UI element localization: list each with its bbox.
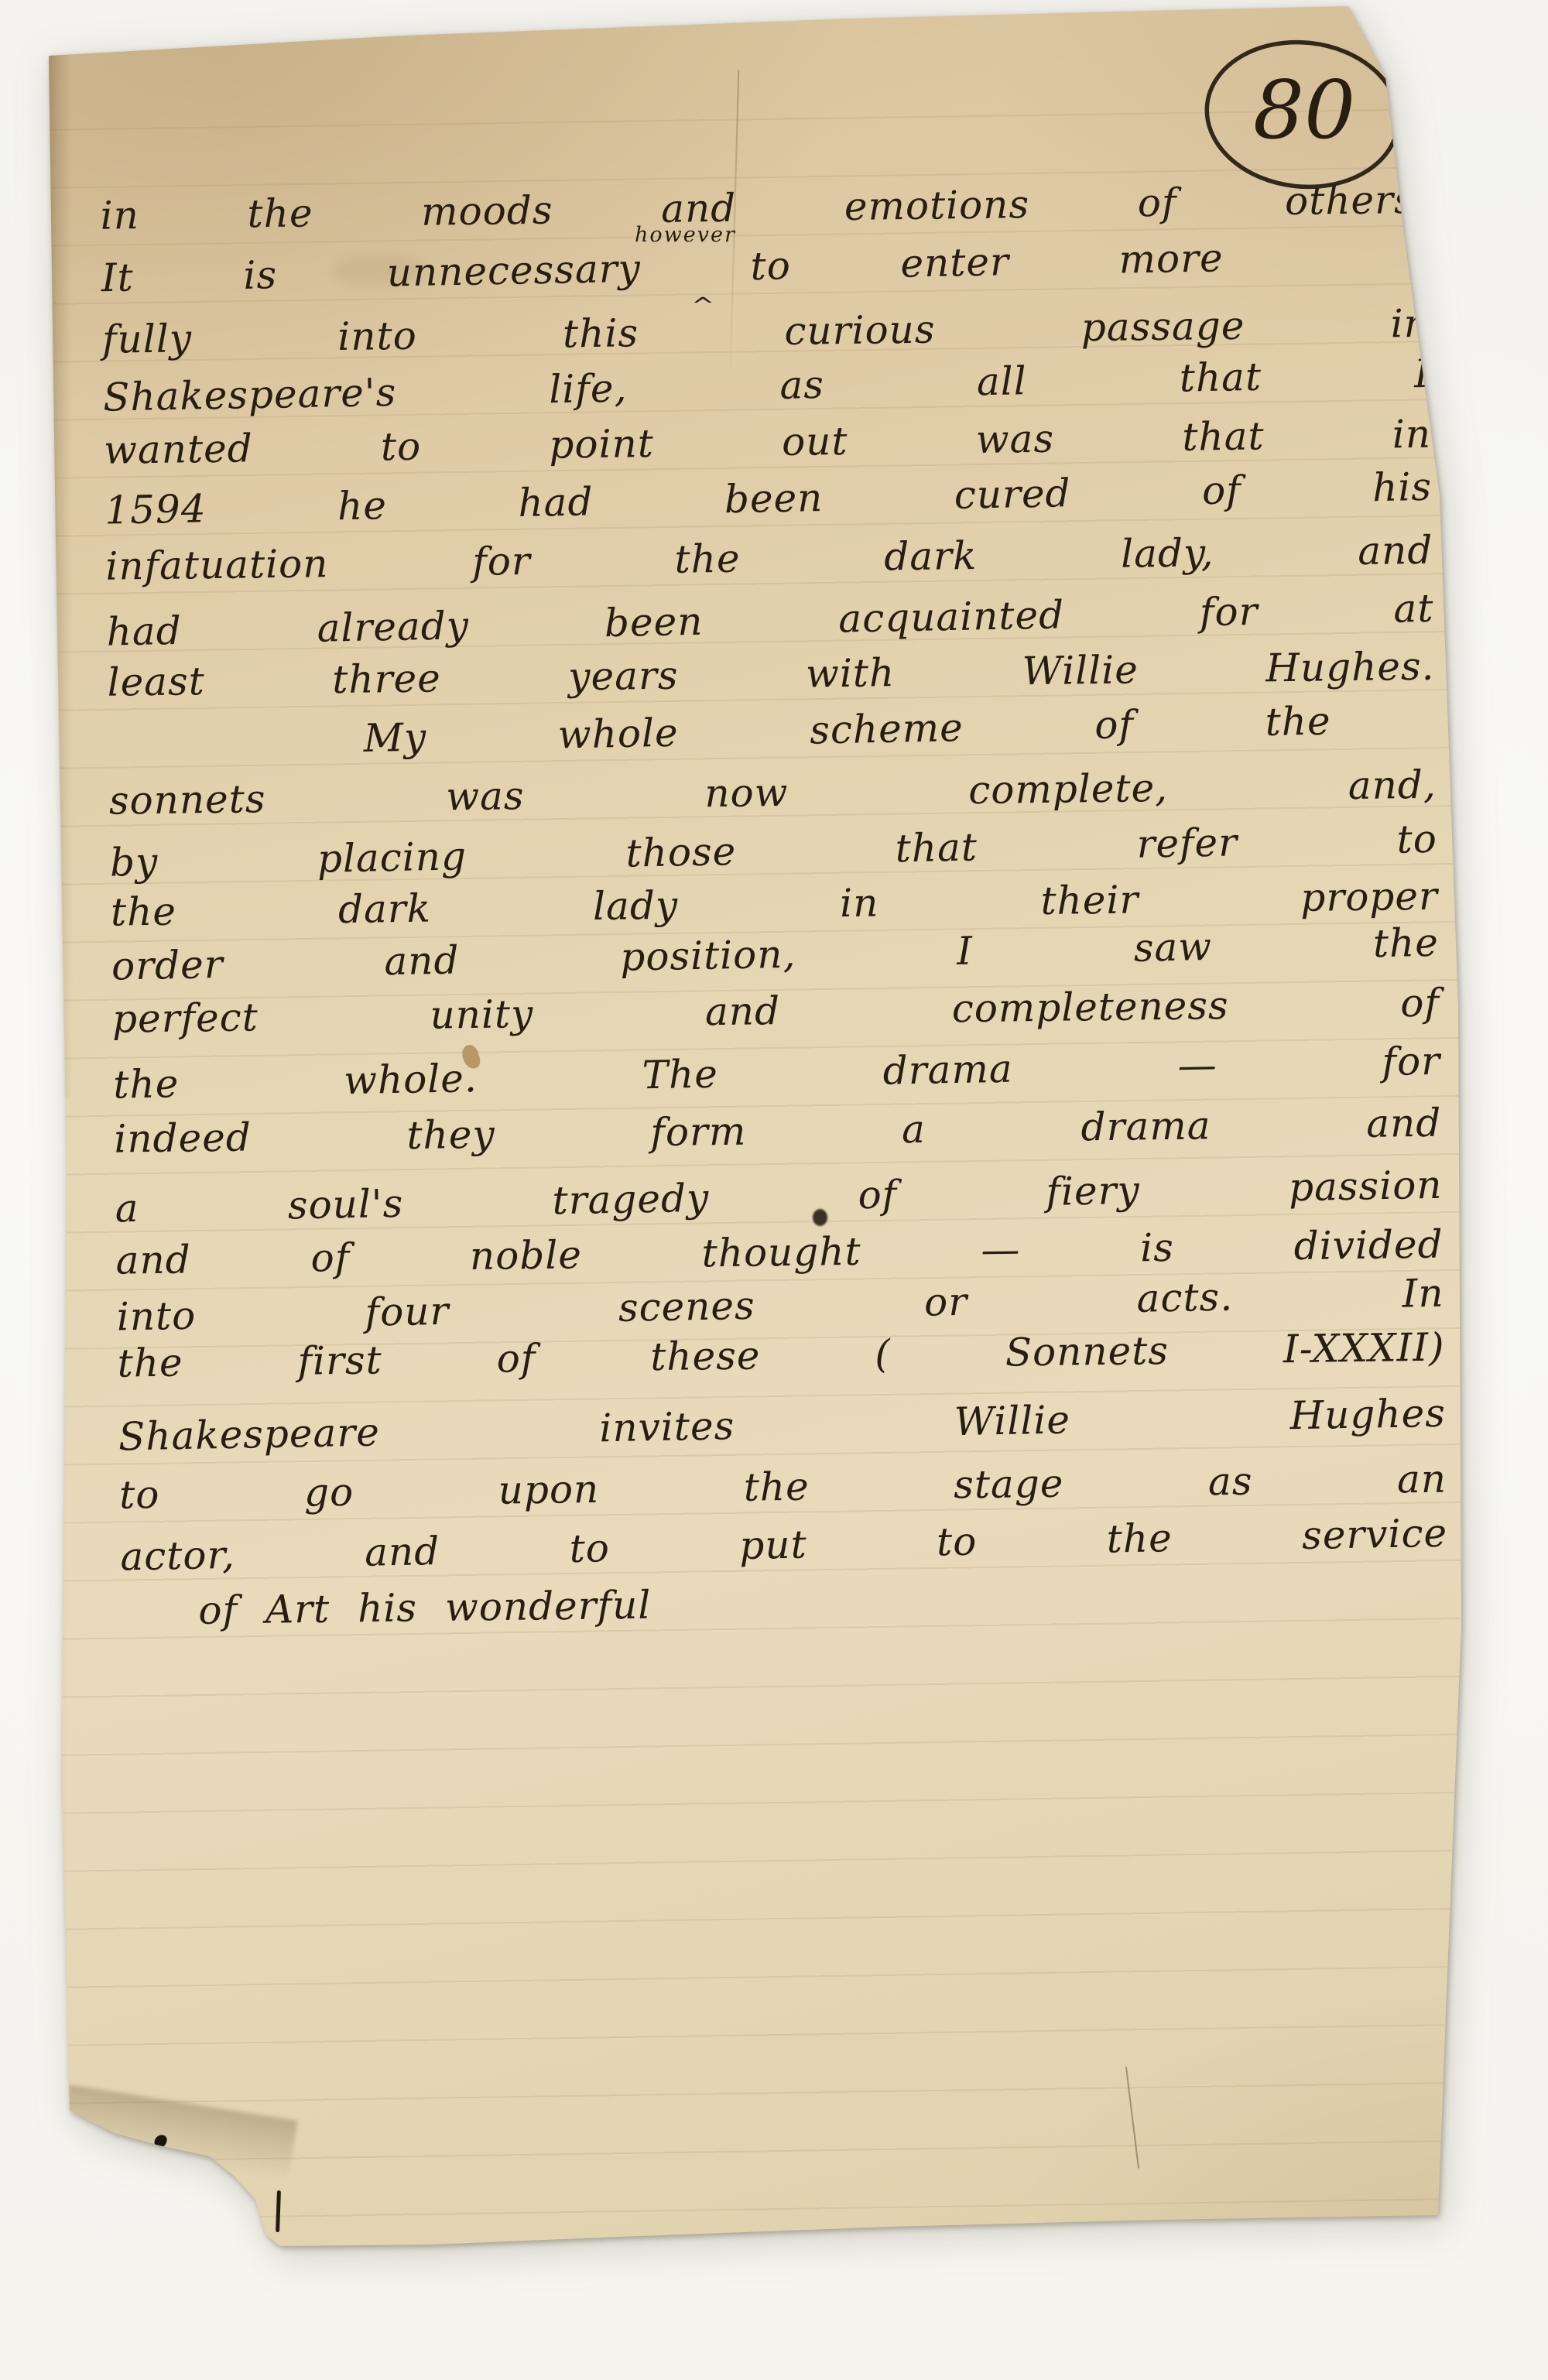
word: put: [739, 1518, 808, 1574]
word: the: [117, 1336, 183, 1391]
insertion-caret-icon: ^: [691, 293, 714, 317]
word: noble: [470, 1228, 583, 1283]
word: placing: [317, 829, 467, 885]
word: scenes: [618, 1279, 755, 1335]
word: emotions: [844, 177, 1029, 234]
word: and: [705, 984, 781, 1039]
word: the: [247, 186, 313, 241]
word: that: [895, 820, 978, 875]
word: completeness: [951, 978, 1229, 1036]
word: saw: [1133, 919, 1213, 975]
word: of: [310, 1231, 350, 1286]
word: order: [111, 937, 224, 994]
word: The: [642, 1047, 718, 1103]
word: of: [198, 1583, 238, 1638]
manuscript-page: 80 inthemoodsandemotionsofothers.Itisunn…: [0, 0, 1548, 2380]
manuscript-text: inthemoodsandemotionsofothers.Itisunnece…: [0, 0, 1548, 2380]
word: Willie: [1022, 642, 1139, 698]
word: and: [384, 933, 460, 989]
word: refer: [1136, 815, 1238, 871]
word: in: [840, 876, 879, 931]
word: perfect: [112, 990, 259, 1046]
word: wonderful: [445, 1578, 652, 1635]
word: wanted: [104, 421, 253, 477]
word: already: [317, 598, 470, 656]
manuscript-line: inthemoodsandemotionsofothers.: [100, 173, 1428, 243]
word: of: [1400, 976, 1440, 1031]
word: tragedy: [552, 1171, 710, 1228]
word: actor,: [120, 1528, 236, 1584]
word: Shakespeare: [118, 1405, 380, 1464]
word: been: [604, 594, 704, 650]
word: the: [1265, 694, 1331, 750]
word: complete,: [968, 761, 1169, 817]
word: Art: [265, 1582, 330, 1637]
word: was: [446, 769, 525, 824]
word: It: [101, 251, 134, 306]
word: for: [472, 534, 531, 589]
word: in: [100, 188, 139, 243]
word: drama: [1081, 1098, 1211, 1154]
paper-shadow-wrap: 80 inthemoodsandemotionsofothers.Itisunn…: [0, 0, 1548, 2380]
word: and: [1358, 523, 1433, 578]
word: this: [563, 306, 639, 361]
word: passion: [1288, 1158, 1443, 1215]
word: of: [1094, 697, 1135, 752]
word: enter: [900, 235, 1010, 291]
word: that: [1179, 350, 1262, 406]
word: curious: [784, 303, 936, 358]
word: the: [111, 885, 177, 940]
word: more: [1118, 231, 1224, 286]
word: In: [1402, 1266, 1444, 1321]
word: these: [650, 1328, 761, 1384]
word: acquainted: [838, 587, 1065, 646]
word: (: [875, 1327, 891, 1381]
word: upon: [498, 1462, 599, 1518]
word: infatuation: [105, 536, 329, 594]
word: whole: [557, 706, 679, 762]
word: at: [1393, 581, 1434, 636]
word: I: [957, 924, 974, 978]
word: is: [1140, 1221, 1175, 1276]
word: drama: [882, 1042, 1013, 1098]
word: been: [724, 471, 824, 526]
manuscript-line: ShakespeareinvitesWillieHughes: [118, 1386, 1446, 1464]
word: the: [743, 1460, 810, 1515]
word: the: [113, 1056, 180, 1112]
word: now: [704, 765, 789, 820]
word: to: [569, 1521, 610, 1576]
word: their: [1040, 872, 1139, 928]
word: —: [1177, 1038, 1218, 1093]
word: Shakespeare's: [103, 365, 397, 425]
word: of: [496, 1331, 536, 1386]
word: an: [1397, 1452, 1447, 1507]
word: acts.: [1136, 1270, 1234, 1326]
word: a: [902, 1102, 926, 1156]
word: for: [1382, 1034, 1441, 1089]
word: lady: [593, 878, 679, 933]
word: he: [337, 478, 387, 533]
word: by: [109, 834, 159, 889]
word: all: [976, 354, 1027, 409]
word: to: [381, 419, 422, 474]
word: passage: [1081, 299, 1245, 355]
word: whole.: [344, 1051, 478, 1108]
word: is: [243, 248, 278, 303]
word: fully: [102, 311, 193, 366]
word: moods: [421, 183, 553, 239]
word: divided: [1293, 1217, 1444, 1273]
word: stage: [954, 1457, 1064, 1512]
word: point: [549, 416, 654, 472]
word: the: [674, 532, 741, 587]
word: his: [358, 1580, 418, 1635]
word: was: [975, 412, 1054, 467]
word: invites: [599, 1399, 735, 1455]
word: thought: [701, 1224, 861, 1281]
word: three: [332, 651, 441, 707]
ink-blot-on-word: [813, 1209, 827, 1226]
torn-left-edge-lower: [45, 1068, 65, 2097]
word: first: [297, 1333, 382, 1388]
word: dark: [338, 882, 432, 937]
word: fiery: [1046, 1163, 1140, 1219]
word: and: [365, 1524, 440, 1580]
word: into: [337, 309, 417, 364]
word: and: [115, 1232, 191, 1287]
word: —: [981, 1222, 1021, 1277]
word: Hughes.: [1265, 639, 1435, 696]
word: his: [1372, 460, 1433, 515]
word: others.: [1285, 173, 1428, 228]
word: and: [1366, 1096, 1442, 1151]
insertion-word: however: [635, 223, 736, 247]
word: least: [107, 654, 205, 710]
word: 1594: [104, 481, 207, 537]
word: service: [1301, 1506, 1447, 1563]
word: the: [1372, 916, 1439, 971]
word: I: [1413, 347, 1430, 401]
word: Sonnets: [1005, 1324, 1169, 1380]
word: to: [1396, 812, 1437, 867]
word: scheme: [810, 700, 964, 758]
manuscript-line: Mywholeschemeofthe: [363, 694, 1331, 765]
word: Hughes: [1289, 1386, 1446, 1443]
word: form: [650, 1104, 747, 1160]
word: four: [365, 1284, 450, 1340]
word: lady,: [1121, 526, 1214, 580]
scan-background: 80 inthemoodsandemotionsofothers.Itisunn…: [0, 0, 1548, 2380]
word: the: [1106, 1511, 1173, 1567]
word: in: [1390, 296, 1430, 351]
word: for: [1199, 584, 1259, 639]
word: sonnets: [108, 772, 265, 827]
word: of: [1137, 176, 1176, 231]
word: with: [806, 646, 896, 700]
word: position,: [620, 927, 796, 985]
word: out: [782, 414, 848, 469]
word: that: [1182, 409, 1265, 464]
word: to: [119, 1467, 160, 1522]
manuscript-line: ofArthiswonderful: [198, 1573, 1089, 1638]
word: a: [115, 1181, 139, 1236]
word: those: [625, 824, 737, 881]
word: had: [106, 604, 182, 659]
word: had: [518, 474, 594, 530]
word: in: [1392, 407, 1431, 462]
word: and,: [1348, 758, 1437, 813]
word: indeed: [114, 1110, 252, 1166]
word: of: [858, 1167, 898, 1222]
word: dark: [884, 529, 978, 584]
word: to: [750, 238, 791, 293]
word: life,: [549, 361, 628, 417]
word: My: [363, 711, 427, 765]
word: they: [406, 1108, 495, 1163]
word: unity: [430, 987, 534, 1043]
word: as: [1208, 1454, 1253, 1509]
word: unnecessary: [386, 241, 641, 300]
word: soul's: [287, 1176, 404, 1233]
word: or: [923, 1275, 967, 1330]
word: as: [779, 358, 825, 413]
word: go: [304, 1465, 354, 1520]
word: years: [568, 649, 679, 704]
word: to: [936, 1515, 977, 1570]
word: Willie: [954, 1392, 1070, 1449]
word: I-XXXII): [1283, 1320, 1445, 1377]
word: cured: [954, 466, 1071, 522]
word: of: [1201, 463, 1241, 518]
